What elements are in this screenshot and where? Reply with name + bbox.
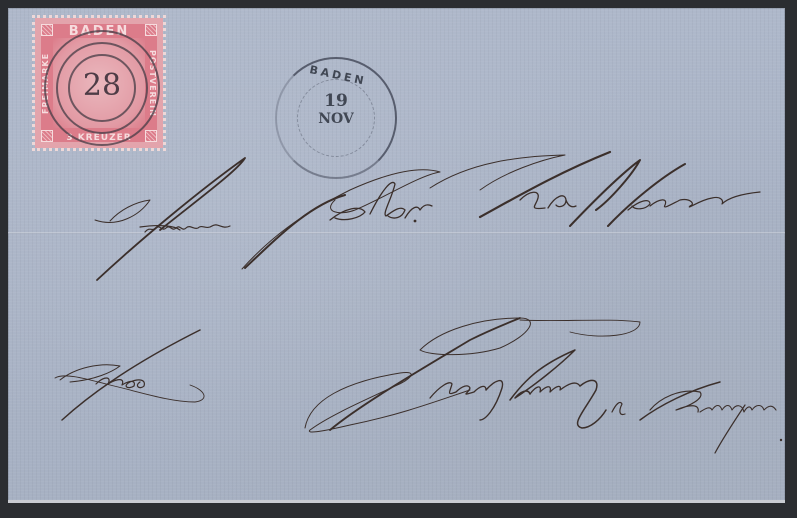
city-text: Freyburg (420, 380, 425, 381)
handwriting-region (650, 391, 782, 453)
handwriting (0, 0, 797, 518)
handwriting-city (305, 318, 720, 432)
handwriting-recipient-first (242, 170, 440, 269)
franco-note-text: frco (90, 380, 92, 381)
recipient-text: Gebr. Kapferer (330, 205, 338, 206)
salutation-text: Herren (140, 215, 144, 216)
handwriting-recipient-last (430, 152, 760, 226)
region-text: i/Breisgau (650, 405, 655, 406)
handwriting-salutation (95, 158, 245, 280)
handwriting-franco-note (55, 330, 204, 420)
